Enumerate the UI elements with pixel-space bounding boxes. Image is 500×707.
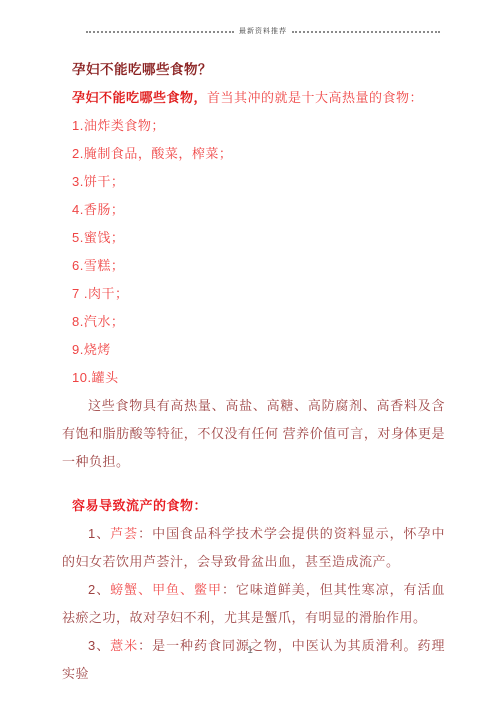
section-heading: 容易导致流产的食物： [72, 492, 445, 520]
list-item: 2.腌制食品，酸菜，榨菜； [72, 140, 445, 168]
summary-paragraph: 这些食物具有高热量、高盐、高糖、高防腐剂、高香料及含有饱和脂肪酸等特征，不仅没有… [62, 392, 445, 476]
list-item: 4.香肠； [72, 196, 445, 224]
page-title: 孕妇不能吃哪些食物？ [72, 56, 445, 84]
list-item: 6.雪糕； [72, 252, 445, 280]
risk-item: 1、芦荟：中国食品科学技术学会提供的资料显示，怀孕中的妇女若饮用芦荟汁，会导致骨… [62, 520, 445, 576]
header-watermark-rule: 最新资料推荐 [86, 28, 440, 36]
document-body: 孕妇不能吃哪些食物？ 孕妇不能吃哪些食物，首当其冲的就是十大高热量的食物： 1.… [0, 36, 500, 688]
risk-item-number: 1、 [88, 526, 110, 541]
dotted-rule-right [292, 31, 440, 33]
risk-item: 3、薏米：是一种药食同源之物，中医认为其质滑利。药理实验 [62, 632, 445, 688]
dotted-rule-left [86, 31, 234, 33]
intro-bold-text: 孕妇不能吃哪些食物， [72, 90, 207, 105]
risk-item-term: 螃蟹、甲鱼、鳖甲 [110, 582, 222, 597]
list-item: 10.罐头 [72, 364, 445, 392]
list-item: 5.蜜饯； [72, 224, 445, 252]
list-item: 3.饼干； [72, 168, 445, 196]
list-item: 9.烧烤 [72, 336, 445, 364]
watermark-text: 最新资料推荐 [239, 28, 287, 36]
intro-line: 孕妇不能吃哪些食物，首当其冲的就是十大高热量的食物： [72, 84, 445, 112]
risk-item-separator: ： [222, 582, 236, 597]
risk-item: 2、螃蟹、甲鱼、鳖甲：它味道鲜美，但其性寒凉，有活血祛瘀之功，故对孕妇不利，尤其… [62, 576, 445, 632]
risk-item-term: 芦荟 [110, 526, 138, 541]
list-item: 7 .肉干； [72, 280, 445, 308]
risk-item-number: 2、 [88, 582, 110, 597]
risk-item-separator: ： [138, 526, 152, 541]
list-item: 8.汽水； [72, 308, 445, 336]
page-number: 1 [0, 645, 500, 656]
intro-rest-text: 首当其冲的就是十大高热量的食物： [207, 90, 423, 105]
list-item: 1.油炸类食物； [72, 112, 445, 140]
